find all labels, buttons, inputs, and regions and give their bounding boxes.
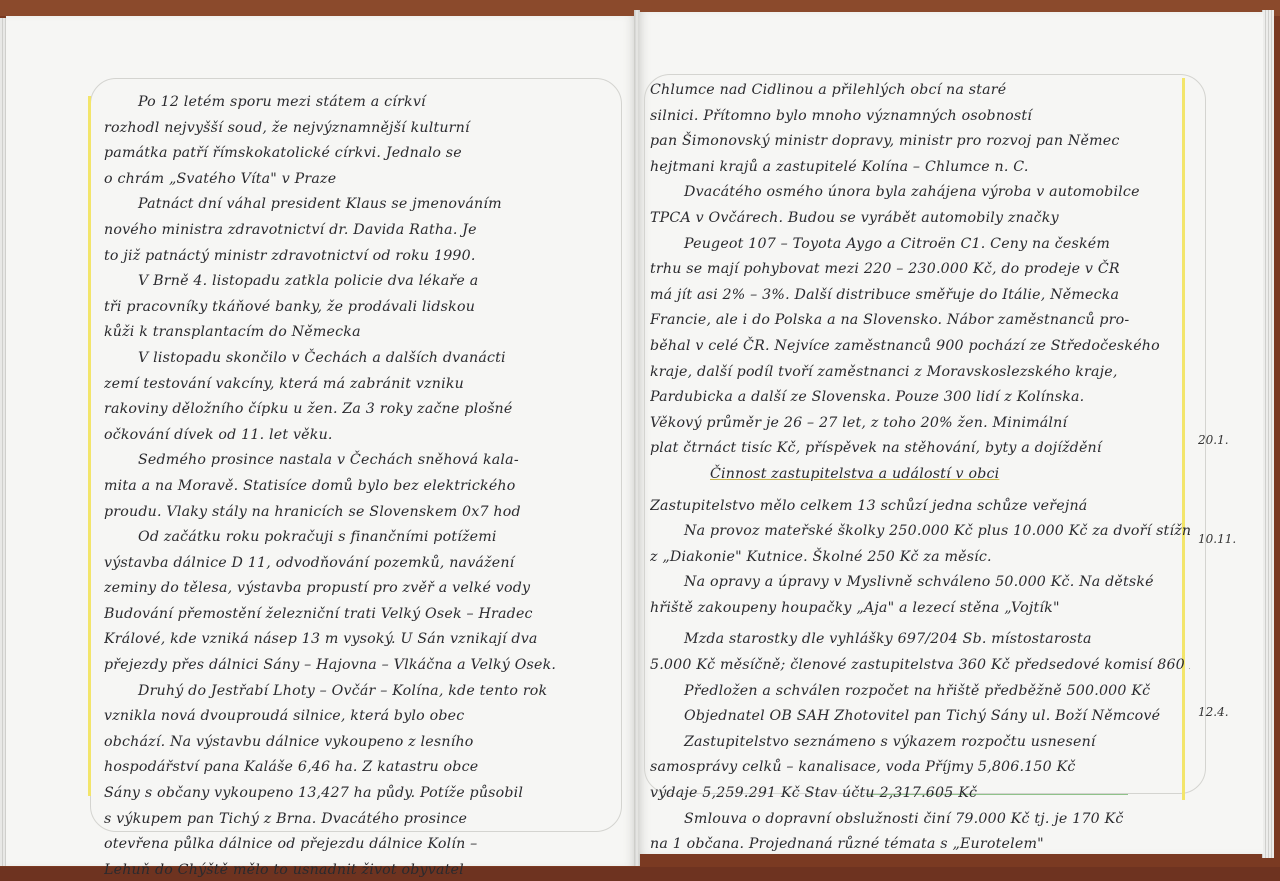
handwritten-line: z „Diakonie" Kutnice. Školné 250 Kč za m… <box>650 545 1190 571</box>
handwritten-line: mita a na Moravě. Statisíce domů bylo be… <box>104 474 624 500</box>
right-page-text: Chlumce nad Cidlinou a přilehlých obcí n… <box>650 78 1190 858</box>
handwritten-line: proudu. Vlaky stály na hranicích se Slov… <box>104 500 624 526</box>
handwritten-line: plat čtrnáct tisíc Kč, příspěvek na stěh… <box>650 436 1190 462</box>
handwritten-line: V listopadu skončilo v Čechách a dalších… <box>104 346 624 372</box>
handwritten-line: hospodářství pana Kaláše 6,46 ha. Z kata… <box>104 755 624 781</box>
handwritten-line: výstavba dálnice D 11, odvodňování pozem… <box>104 551 624 577</box>
handwritten-line: Mzda starostky dle vyhlášky 697/204 Sb. … <box>650 627 1190 653</box>
handwritten-line: kůži k transplantacím do Německa <box>104 320 624 346</box>
handwritten-line: zemí testování vakcíny, která má zabráni… <box>104 372 624 398</box>
handwritten-line: 5.000 Kč měsíčně; členové zastupitelstva… <box>650 653 1190 679</box>
handwritten-line: obchází. Na výstavbu dálnice vykoupeno z… <box>104 730 624 756</box>
handwritten-line: Lehuň do Chýště mělo to usnadnit život o… <box>104 858 624 881</box>
handwritten-line: vznikla nová dvouproudá silnice, která b… <box>104 704 624 730</box>
handwritten-line: tři pracovníky tkáňové banky, že prodáva… <box>104 295 624 321</box>
handwritten-line: Po 12 letém sporu mezi státem a církví <box>104 90 624 116</box>
margin-line <box>88 96 91 796</box>
handwritten-line: Objednatel OB SAH Zhotovitel pan Tichý S… <box>650 704 1190 730</box>
handwritten-line: má jít asi 2% – 3%. Další distribuce smě… <box>650 283 1190 309</box>
page-edges-right <box>1262 10 1274 858</box>
handwritten-line: silnici. Přítomno bylo mnoho významných … <box>650 104 1190 130</box>
handwritten-line: běhal v celé ČR. Nejvíce zaměstnanců 900… <box>650 334 1190 360</box>
handwritten-line: přejezdy přes dálnici Sány – Hajovna – V… <box>104 653 624 679</box>
handwritten-line: Sedmého prosince nastala v Čechách sněho… <box>104 448 624 474</box>
handwritten-line: Druhý do Jestřabí Lhoty – Ovčár – Kolína… <box>104 679 624 705</box>
handwritten-line: Smlouva o dopravní obslužnosti činí 79.0… <box>650 807 1190 833</box>
left-page-text: Po 12 letém sporu mezi státem a církvíro… <box>104 90 624 881</box>
handwritten-line: otevřena půlka dálnice od přejezdu dálni… <box>104 832 624 858</box>
handwritten-line: Chlumce nad Cidlinou a přilehlých obcí n… <box>650 78 1190 104</box>
handwritten-line: Na opravy a úpravy v Myslivně schváleno … <box>650 570 1190 596</box>
left-page: Po 12 letém sporu mezi státem a církvíro… <box>6 16 636 866</box>
handwritten-line: rakoviny děložního čípku u žen. Za 3 rok… <box>104 397 624 423</box>
handwritten-line: Předložen a schválen rozpočet na hřiště … <box>650 679 1190 705</box>
handwritten-line: Na provoz mateřské školky 250.000 Kč plu… <box>650 519 1190 545</box>
handwritten-line: Zastupitelstvo mělo celkem 13 schůzí jed… <box>650 494 1190 520</box>
handwritten-line: Pardubicka a další ze Slovenska. Pouze 3… <box>650 385 1190 411</box>
handwritten-line: výdaje 5,259.291 Kč Stav účtu 2,317.605 … <box>650 781 1190 807</box>
handwritten-line: pan Šimonovský ministr dopravy, ministr … <box>650 129 1190 155</box>
handwritten-line: Francie, ale i do Polska a na Slovensko.… <box>650 308 1190 334</box>
margin-date: 12.4. <box>1198 705 1229 719</box>
handwritten-line: Králové, kde vzniká násep 13 m vysoký. U… <box>104 627 624 653</box>
handwritten-line: to již patnáctý ministr zdravotnictví od… <box>104 244 624 270</box>
handwritten-line: Patnáct dní váhal president Klaus se jme… <box>104 192 624 218</box>
handwritten-line: TPCA v Ovčárech. Budou se vyrábět automo… <box>650 206 1190 232</box>
handwritten-line: s výkupem pan Tichý z Brna. Dvacátého pr… <box>104 807 624 833</box>
handwritten-line: Sány s občany vykoupeno 13,427 ha půdy. … <box>104 781 624 807</box>
handwritten-line: samosprávy celků – kanalisace, voda Příj… <box>650 755 1190 781</box>
handwritten-line: o chrám „Svatého Víta" v Praze <box>104 167 624 193</box>
handwritten-line: Peugeot 107 – Toyota Aygo a Citroën C1. … <box>650 232 1190 258</box>
handwritten-line: Dvacátého osmého února byla zahájena výr… <box>650 180 1190 206</box>
handwritten-line: trhu se mají pohybovat mezi 220 – 230.00… <box>650 257 1190 283</box>
handwritten-line: hřiště zakoupeny houpačky „Aja" a lezecí… <box>650 596 1190 622</box>
handwritten-line: hejtmani krajů a zastupitelé Kolína – Ch… <box>650 155 1190 181</box>
section-heading: Činnost zastupitelstva a událostí v obci <box>650 462 1190 488</box>
handwritten-line: nového ministra zdravotnictví dr. Davida… <box>104 218 624 244</box>
margin-date: 10.11. <box>1198 532 1236 546</box>
handwritten-line: Věkový průměr je 26 – 27 let, z toho 20%… <box>650 411 1190 437</box>
handwritten-line: Budování přemostění železniční trati Vel… <box>104 602 624 628</box>
handwritten-line: rozhodl nejvyšší soud, že nejvýznamnější… <box>104 116 624 142</box>
handwritten-line: Od začátku roku pokračuji s finančními p… <box>104 525 624 551</box>
right-page: Chlumce nad Cidlinou a přilehlých obcí n… <box>638 12 1263 854</box>
handwritten-line: na 1 občana. Projednaná různé témata s „… <box>650 832 1190 858</box>
margin-date: 20.1. <box>1198 433 1229 447</box>
handwritten-line: zeminy do tělesa, výstavba propustí pro … <box>104 576 624 602</box>
handwritten-line: památka patří římskokatolické církvi. Je… <box>104 141 624 167</box>
handwritten-line: očkování dívek od 11. let věku. <box>104 423 624 449</box>
handwritten-line: Zastupitelstvo seznámeno s výkazem rozpo… <box>650 730 1190 756</box>
handwritten-line: V Brně 4. listopadu zatkla policie dva l… <box>104 269 624 295</box>
handwritten-line: kraje, další podíl tvoří zaměstnanci z M… <box>650 360 1190 386</box>
